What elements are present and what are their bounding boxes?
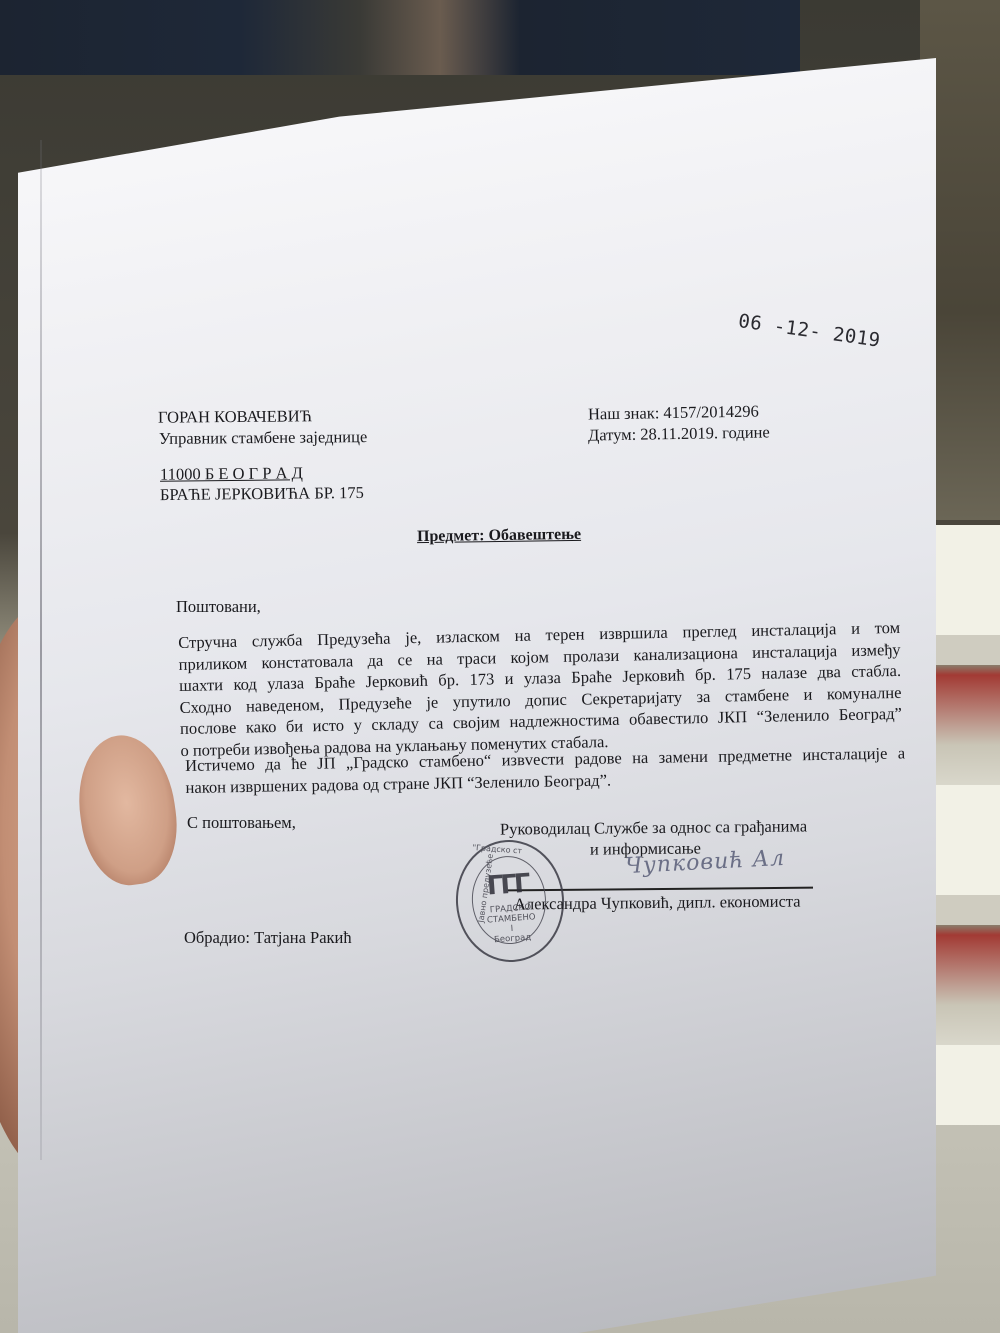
signatory-role: Руководилац Службе за однос са грађанима bbox=[500, 816, 807, 839]
recipient-address: БРАЋЕ ЈЕРКОВИЋА БР. 175 bbox=[160, 483, 364, 505]
recipient-city: 11000 Б Е О Г Р А Д bbox=[160, 463, 303, 484]
letter-subject: Предмет: Обавештење bbox=[417, 526, 581, 546]
paragraph-1: Стручна служба Предузећа је, изласком на… bbox=[178, 617, 903, 761]
closing: С поштовањем, bbox=[187, 813, 296, 833]
reference-number: Наш знак: 4157/2014296 bbox=[588, 402, 759, 425]
signatory-name: Александра Чупковић, дипл. економиста bbox=[514, 892, 801, 915]
letter-date: Датум: 28.11.2019. године bbox=[588, 422, 770, 445]
salutation: Поштовани, bbox=[176, 597, 261, 617]
processed-by: Обрадио: Татјана Ракић bbox=[184, 928, 352, 948]
received-date-stamp: 06 -12- 2019 bbox=[737, 310, 882, 352]
seal-ring-text-top: "Градско ст bbox=[472, 843, 522, 855]
recipient-title: Управник стамбене заједнице bbox=[159, 427, 367, 449]
recipient-name: ГОРАН КОВАЧЕВИЋ bbox=[158, 406, 312, 427]
letter-document: 06 -12- 2019 ГОРАН КОВАЧЕВИЋ Управник ст… bbox=[0, 0, 1000, 1333]
